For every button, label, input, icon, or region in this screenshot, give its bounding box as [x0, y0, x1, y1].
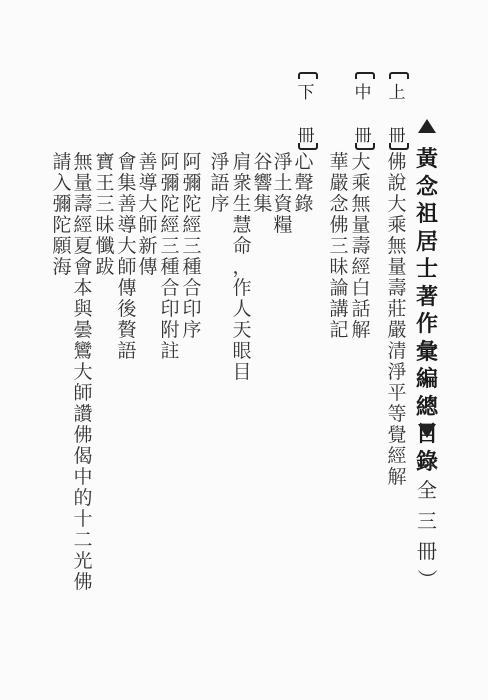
char: 無 — [350, 194, 372, 215]
char: 註 — [159, 341, 181, 362]
char: 導 — [116, 215, 138, 236]
title-char: 彙 — [416, 339, 438, 367]
char: 彌 — [181, 173, 203, 194]
char: 的 — [72, 488, 94, 509]
char: 集 — [116, 173, 138, 194]
char: 陀 — [51, 215, 73, 236]
char: 語 — [116, 341, 138, 362]
char: 天 — [231, 320, 253, 341]
char: 無 — [72, 152, 94, 173]
title-char: 總 — [416, 394, 438, 422]
toc-entry: 阿彌陀經三種合印序 — [181, 152, 203, 341]
bracket-close — [355, 143, 375, 150]
triangle-down-icon — [418, 424, 436, 438]
char: 阿 — [159, 152, 181, 173]
char: 中 — [72, 467, 94, 488]
char: 三 — [94, 194, 116, 215]
char: 二 — [72, 530, 94, 551]
char: 經 — [350, 257, 372, 278]
char: 淨 — [386, 362, 408, 383]
title-char: 居 — [416, 229, 438, 257]
char: 慧 — [231, 215, 253, 236]
char: 話 — [350, 299, 372, 320]
suffix-char: 全 — [416, 474, 438, 506]
toc-entry: 請入彌陀願海 — [51, 152, 73, 278]
char: 曇 — [72, 320, 94, 341]
char: 量 — [350, 215, 372, 236]
char: 量 — [386, 257, 408, 278]
char: 嚴 — [386, 320, 408, 341]
char: 命 — [231, 236, 253, 257]
char: 善 — [116, 194, 138, 215]
title-char: 士 — [416, 256, 438, 284]
char: 讚 — [72, 404, 94, 425]
char: 平 — [386, 383, 408, 404]
char: 與 — [72, 299, 94, 320]
char: 會 — [72, 257, 94, 278]
volume-label-lower-top: 下 — [295, 78, 317, 103]
char: 解 — [386, 467, 408, 488]
char: 陀 — [159, 194, 181, 215]
char: 講 — [328, 299, 350, 320]
char: 傳 — [116, 278, 138, 299]
char: 壽 — [350, 236, 372, 257]
char: 人 — [231, 299, 253, 320]
char: 會 — [116, 152, 138, 173]
char: 光 — [72, 551, 94, 572]
char: 大 — [137, 194, 159, 215]
toc-entry: 佛說大乘無量壽莊嚴清淨平等覺經解 — [386, 152, 408, 488]
char: 善 — [137, 152, 159, 173]
char: 印 — [159, 299, 181, 320]
char: 經 — [181, 215, 203, 236]
char: 大 — [72, 362, 94, 383]
char: 願 — [51, 236, 73, 257]
char: 等 — [386, 404, 408, 425]
suffix-char: 三 — [416, 506, 438, 536]
title-char: 黃 — [416, 146, 438, 174]
triangle-up-icon — [418, 119, 436, 133]
title-char: 念 — [416, 174, 438, 202]
char: 眼 — [231, 341, 253, 362]
open-paren: （ — [414, 450, 440, 472]
char: 三 — [159, 236, 181, 257]
bracket-close — [389, 143, 409, 150]
char: 記 — [328, 320, 350, 341]
char: 乘 — [386, 215, 408, 236]
toc-entry: 淨土資糧 — [272, 152, 294, 236]
char: 清 — [386, 341, 408, 362]
char: 佛 — [72, 425, 94, 446]
char: 佛 — [72, 572, 94, 593]
title-char: 編 — [416, 366, 438, 394]
toc-entry: 心聲錄 — [293, 152, 315, 215]
volume-label-middle-top: 中 — [352, 78, 374, 103]
char: 種 — [181, 257, 203, 278]
char: 嚴 — [328, 173, 350, 194]
char: 十 — [72, 509, 94, 530]
char: 華 — [328, 152, 350, 173]
char: 後 — [116, 299, 138, 320]
char: 論 — [328, 278, 350, 299]
char: 大 — [386, 194, 408, 215]
suffix-char: 冊 — [416, 536, 438, 566]
char: 語 — [209, 173, 231, 194]
char: 夏 — [72, 236, 94, 257]
close-paren: ） — [414, 568, 440, 590]
char: 目 — [231, 362, 253, 383]
char: 跋 — [94, 257, 116, 278]
char: 佛 — [328, 215, 350, 236]
char: 種 — [159, 257, 181, 278]
char: 王 — [94, 173, 116, 194]
char: 陀 — [181, 194, 203, 215]
char: 阿 — [181, 152, 203, 173]
bracket-close — [298, 143, 318, 150]
char: 合 — [181, 278, 203, 299]
char: 經 — [72, 215, 94, 236]
toc-entry: 阿彌陀經三種合印附註 — [159, 152, 181, 362]
char: 大 — [350, 152, 372, 173]
char: ， — [231, 257, 253, 278]
char: 懺 — [94, 236, 116, 257]
title-suffix: （ 全 三 冊 ） — [416, 448, 438, 592]
char: 解 — [350, 320, 372, 341]
char: 白 — [350, 278, 372, 299]
char: 鸞 — [72, 341, 94, 362]
char: 傳 — [137, 257, 159, 278]
char: 昧 — [328, 257, 350, 278]
char: 說 — [386, 173, 408, 194]
char: 糧 — [272, 215, 294, 236]
char: 大 — [116, 236, 138, 257]
char: 昧 — [94, 215, 116, 236]
char: 佛 — [386, 152, 408, 173]
char: 海 — [51, 257, 73, 278]
char: 師 — [116, 257, 138, 278]
char: 錄 — [293, 194, 315, 215]
char: 贅 — [116, 320, 138, 341]
char: 覺 — [386, 425, 408, 446]
char: 師 — [137, 215, 159, 236]
char: 入 — [51, 173, 73, 194]
char: 請 — [51, 152, 73, 173]
char: 衆 — [231, 173, 253, 194]
char: 經 — [386, 446, 408, 467]
char: 壽 — [386, 278, 408, 299]
toc-entry: 無量壽經夏會本與曇鸞大師讚佛偈中的十二光佛 — [72, 152, 94, 593]
char: 三 — [181, 236, 203, 257]
char: 彌 — [51, 194, 73, 215]
char: 本 — [72, 278, 94, 299]
char: 生 — [231, 194, 253, 215]
char: 序 — [209, 194, 231, 215]
toc-entry: 善導大師新傳 — [137, 152, 159, 278]
char: 谷 — [252, 152, 274, 173]
title-char: 作 — [416, 311, 438, 339]
char: 作 — [231, 278, 253, 299]
char: 響 — [252, 173, 274, 194]
char: 壽 — [72, 194, 94, 215]
char: 淨 — [272, 152, 294, 173]
char: 乘 — [350, 173, 372, 194]
char: 師 — [72, 383, 94, 404]
char: 寶 — [94, 152, 116, 173]
char: 合 — [159, 278, 181, 299]
char: 新 — [137, 236, 159, 257]
toc-entry: 會集善導大師傳後贅語 — [116, 152, 138, 362]
char: 聲 — [293, 173, 315, 194]
char: 心 — [293, 152, 315, 173]
title-char: 著 — [416, 284, 438, 312]
char: 集 — [252, 194, 274, 215]
char: 經 — [159, 215, 181, 236]
char: 三 — [328, 236, 350, 257]
char: 念 — [328, 194, 350, 215]
char: 量 — [72, 173, 94, 194]
char: 無 — [386, 236, 408, 257]
char: 序 — [181, 320, 203, 341]
toc-entry: 肩衆生慧命，作人天眼目 — [231, 152, 253, 383]
char: 導 — [137, 173, 159, 194]
char: 土 — [272, 173, 294, 194]
char: 印 — [181, 299, 203, 320]
char: 彌 — [159, 173, 181, 194]
char: 肩 — [231, 152, 253, 173]
toc-entry: 淨語序 — [209, 152, 231, 215]
toc-entry: 寶王三昧懺跋 — [94, 152, 116, 278]
char: 附 — [159, 320, 181, 341]
char: 淨 — [209, 152, 231, 173]
char: 偈 — [72, 446, 94, 467]
toc-entry: 大乘無量壽經白話解 — [350, 152, 372, 341]
volume-label-upper-top: 上 — [386, 78, 408, 103]
title-char: 祖 — [416, 201, 438, 229]
char: 莊 — [386, 299, 408, 320]
char: 資 — [272, 194, 294, 215]
toc-entry: 華嚴念佛三昧論講記 — [328, 152, 350, 341]
toc-entry: 谷響集 — [252, 152, 274, 215]
